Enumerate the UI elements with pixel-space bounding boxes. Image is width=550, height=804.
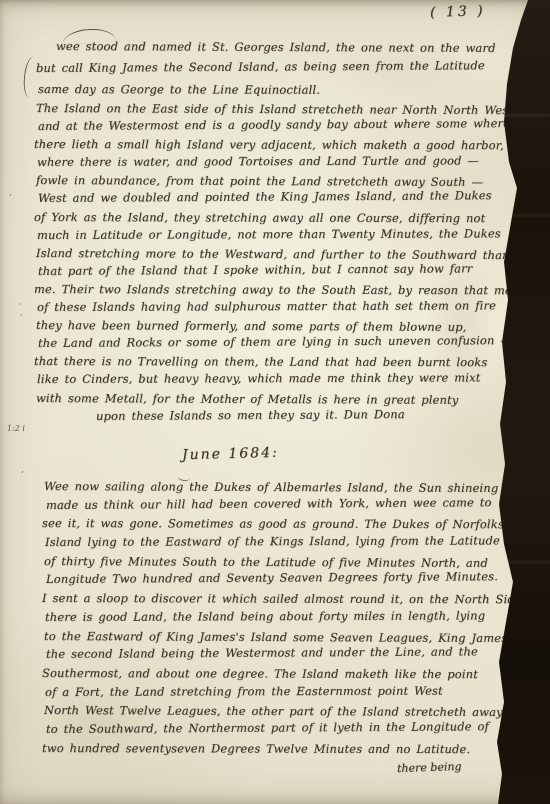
text-line: that part of the Island that I spoke wit… <box>38 259 527 280</box>
text-line: much in Latitude or Longitude, not more … <box>37 224 526 244</box>
text-line: Island lying to the Eastward of the King… <box>45 531 525 551</box>
margin-mark: · <box>20 311 23 320</box>
text-line: the second Island being the Westermost a… <box>46 642 526 664</box>
text-line: where there is water, and good Tortoises… <box>37 152 526 172</box>
scan-edge-seam <box>498 114 550 117</box>
margin-mark: ‘ <box>9 193 12 202</box>
text-line: but call King James the Second Island, a… <box>36 55 498 79</box>
opening-paragraph: wee stood and named it St. Georges Islan… <box>34 36 496 101</box>
text-line: there is good Land, the Island being abo… <box>45 606 525 626</box>
manuscript-scan: ( 13 ) wee stood and named it St. George… <box>0 0 550 804</box>
text-line: of a Fort, the Land stretching from the … <box>45 681 525 701</box>
text-line: like to Cinders, but heavy heavy, which … <box>37 369 526 389</box>
islands-description-paragraph: The Island on the East side of this Isla… <box>36 99 525 425</box>
text-line: made us think our hill had been covered … <box>46 493 526 515</box>
text-line: two hundred seventyseven Degrees Twelve … <box>42 739 522 759</box>
margin-mark: 1:2 i <box>7 424 25 433</box>
manuscript-page: ( 13 ) wee stood and named it St. George… <box>0 0 550 804</box>
margin-mark: ’ <box>21 470 24 479</box>
page-number: ( 13 ) <box>430 3 486 21</box>
text-line: the Land and Rocks or some of them are l… <box>38 331 527 352</box>
date-heading: June 1684: <box>182 445 279 464</box>
june-entry-paragraph: Wee now sailing along the Dukes of Albem… <box>44 477 524 757</box>
text-line: of these Islands having had sulphurous m… <box>37 296 526 316</box>
margin-mark: · <box>19 300 22 309</box>
catchword: there being <box>397 760 462 775</box>
text-line: West and we doubled and pointed the King… <box>38 186 527 207</box>
text-line: upon these Islands so men they say it. D… <box>96 404 527 425</box>
text-line: and at the Westermost end is a goodly sa… <box>38 114 527 135</box>
text-line: to the Southward, the Northermost part o… <box>46 717 526 739</box>
text-line: Longitude Two hundred and Seventy Seaven… <box>46 567 526 589</box>
